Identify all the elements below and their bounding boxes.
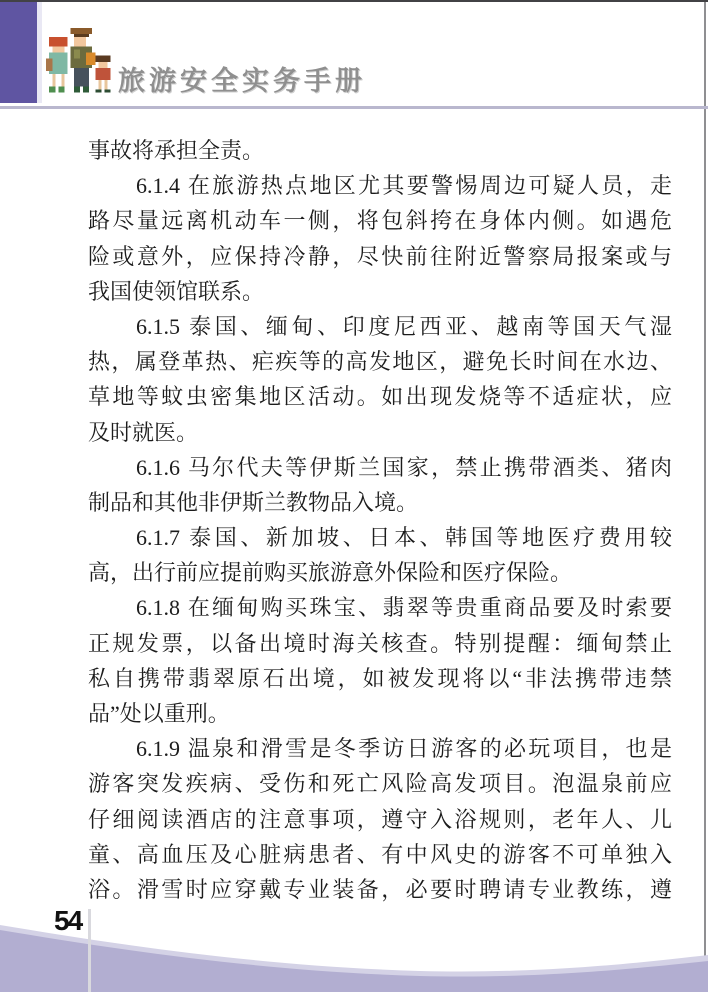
- header-accent-block: [0, 2, 37, 103]
- text-line: 6.1.5 泰国、缅甸、印度尼西亚、越南等国天气湿: [88, 309, 672, 344]
- text-line: 6.1.9 温泉和滑雪是冬季访日游客的必玩项目，也是: [88, 731, 672, 766]
- text-line: 品”处以重刑。: [88, 696, 672, 731]
- text-line: 童、高血压及心脏病患者、有中风史的游客不可单独入: [88, 837, 672, 872]
- page-top-border: [0, 0, 708, 2]
- book-title: 旅游安全实务手册: [118, 64, 366, 98]
- text-line: 正规发票，以备出境时海关核查。特别提醒：缅甸禁止: [88, 626, 672, 661]
- header-accent-strip: [37, 2, 42, 103]
- text-line: 我国使领馆联系。: [88, 274, 672, 309]
- text-line: 及时就医。: [88, 415, 672, 450]
- text-line: 私自携带翡翠原石出境，如被发现将以“非法携带违禁: [88, 661, 672, 696]
- body-text: 事故将承担全责。6.1.4 在旅游热点地区尤其要警惕周边可疑人员，走路尽量远离机…: [88, 133, 672, 907]
- text-line: 事故将承担全责。: [88, 133, 672, 168]
- page-right-border: [704, 0, 706, 992]
- text-line: 6.1.7 泰国、新加坡、日本、韩国等地医疗费用较: [88, 520, 672, 555]
- text-line: 游客突发疾病、受伤和死亡风险高发项目。泡温泉前应: [88, 766, 672, 801]
- text-line: 6.1.6 马尔代夫等伊斯兰国家，禁止携带酒类、猪肉: [88, 450, 672, 485]
- family-illustration-icon: [46, 28, 120, 114]
- bottom-wave-decoration: [0, 922, 708, 992]
- text-line: 草地等蚊虫密集地区活动。如出现发烧等不适症状，应: [88, 379, 672, 414]
- text-line: 制品和其他非伊斯兰教物品入境。: [88, 485, 672, 520]
- text-line: 6.1.4 在旅游热点地区尤其要警惕周边可疑人员，走: [88, 168, 672, 203]
- text-line: 浴。滑雪时应穿戴专业装备，必要时聘请专业教练，遵: [88, 872, 672, 907]
- text-line: 6.1.8 在缅甸购买珠宝、翡翠等贵重商品要及时索要: [88, 590, 672, 625]
- page-number: 54: [54, 905, 81, 937]
- text-line: 路尽量远离机动车一侧，将包斜挎在身体内侧。如遇危: [88, 203, 672, 238]
- footer-vertical-line: [88, 909, 91, 992]
- text-line: 热，属登革热、疟疾等的高发地区，避免长时间在水边、: [88, 344, 672, 379]
- text-line: 高，出行前应提前购买旅游意外保险和医疗保险。: [88, 555, 672, 590]
- text-line: 仔细阅读酒店的注意事项，遵守入浴规则，老年人、儿: [88, 802, 672, 837]
- text-line: 险或意外，应保持冷静，尽快前往附近警察局报案或与: [88, 239, 672, 274]
